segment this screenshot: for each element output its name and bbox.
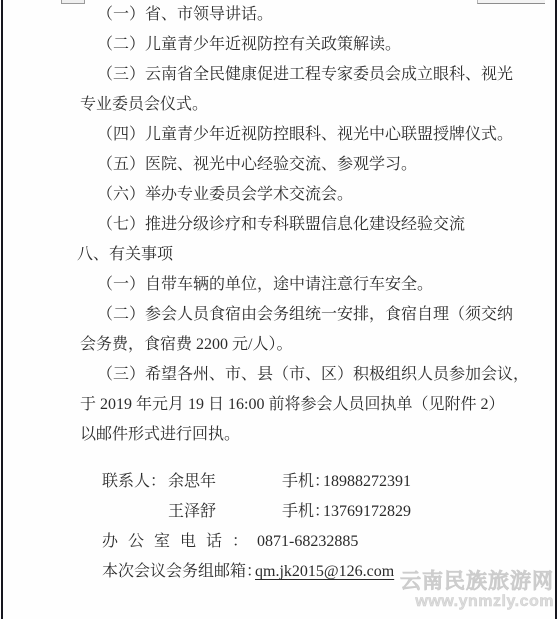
note-item: （三）希望各州、市、县（市、区）积极组织人员参加会议， 于 2019 年元月 1…: [80, 360, 540, 450]
watermark-site-url: www.ynmzly.com: [400, 593, 554, 611]
contact-block: 联系人： 余思年 手机： 18988272391 王泽舒 手机： 1376917…: [80, 467, 540, 587]
note-item: （二）参会人员食宿由会务组统一安排，食宿自理（须交纳 会务费，食宿费 2200 …: [80, 300, 540, 360]
contact-row-office: 办公室电话： 0871-68232885: [80, 527, 540, 557]
document-body: （一）省、市领导讲话。 （二）儿童青少年近视防控有关政策解读。 （三）云南省全民…: [0, 0, 560, 587]
contact-row-person1: 联系人： 余思年 手机： 18988272391: [80, 467, 540, 497]
agenda-item: （四）儿童青少年近视防控眼科、视光中心联盟授牌仪式。: [80, 120, 540, 150]
phone1-number: 18988272391: [323, 467, 411, 497]
agenda-item: （七）推进分级诊疗和专科联盟信息化建设经验交流: [80, 210, 540, 240]
office-phone-label: 办公室电话：: [102, 527, 258, 557]
email-label: 本次会议会务组邮箱：: [102, 557, 262, 587]
contact-person2-name: 王泽舒: [168, 497, 216, 527]
document-page: （一）省、市领导讲话。 （二）儿童青少年近视防控有关政策解读。 （三）云南省全民…: [0, 0, 560, 619]
agenda-item: （二）儿童青少年近视防控有关政策解读。: [80, 30, 540, 60]
office-phone-number: 0871-68232885: [257, 527, 358, 557]
site-watermark: 云南民族旅游网 www.ynmzly.com: [400, 570, 554, 611]
contact-person1-name: 余思年: [168, 467, 216, 497]
watermark-site-name: 云南民族旅游网: [400, 570, 554, 593]
contact-row-person2: 王泽舒 手机： 13769172829: [80, 497, 540, 527]
agenda-item: （三）云南省全民健康促进工程专家委员会成立眼科、视光 专业委员会仪式。: [80, 60, 540, 120]
section-heading: 八、有关事项: [80, 240, 540, 270]
agenda-item: （一）省、市领导讲话。: [80, 0, 540, 30]
agenda-item: （六）举办专业委员会学术交流会。: [80, 180, 540, 210]
email-link[interactable]: qm.jk2015@126.com: [255, 557, 394, 587]
note-item: （一）自带车辆的单位，途中请注意行车安全。: [80, 270, 540, 300]
phone2-number: 13769172829: [323, 497, 411, 527]
contact-label: 联系人：: [102, 467, 166, 497]
agenda-item: （五）医院、视光中心经验交流、参观学习。: [80, 150, 540, 180]
